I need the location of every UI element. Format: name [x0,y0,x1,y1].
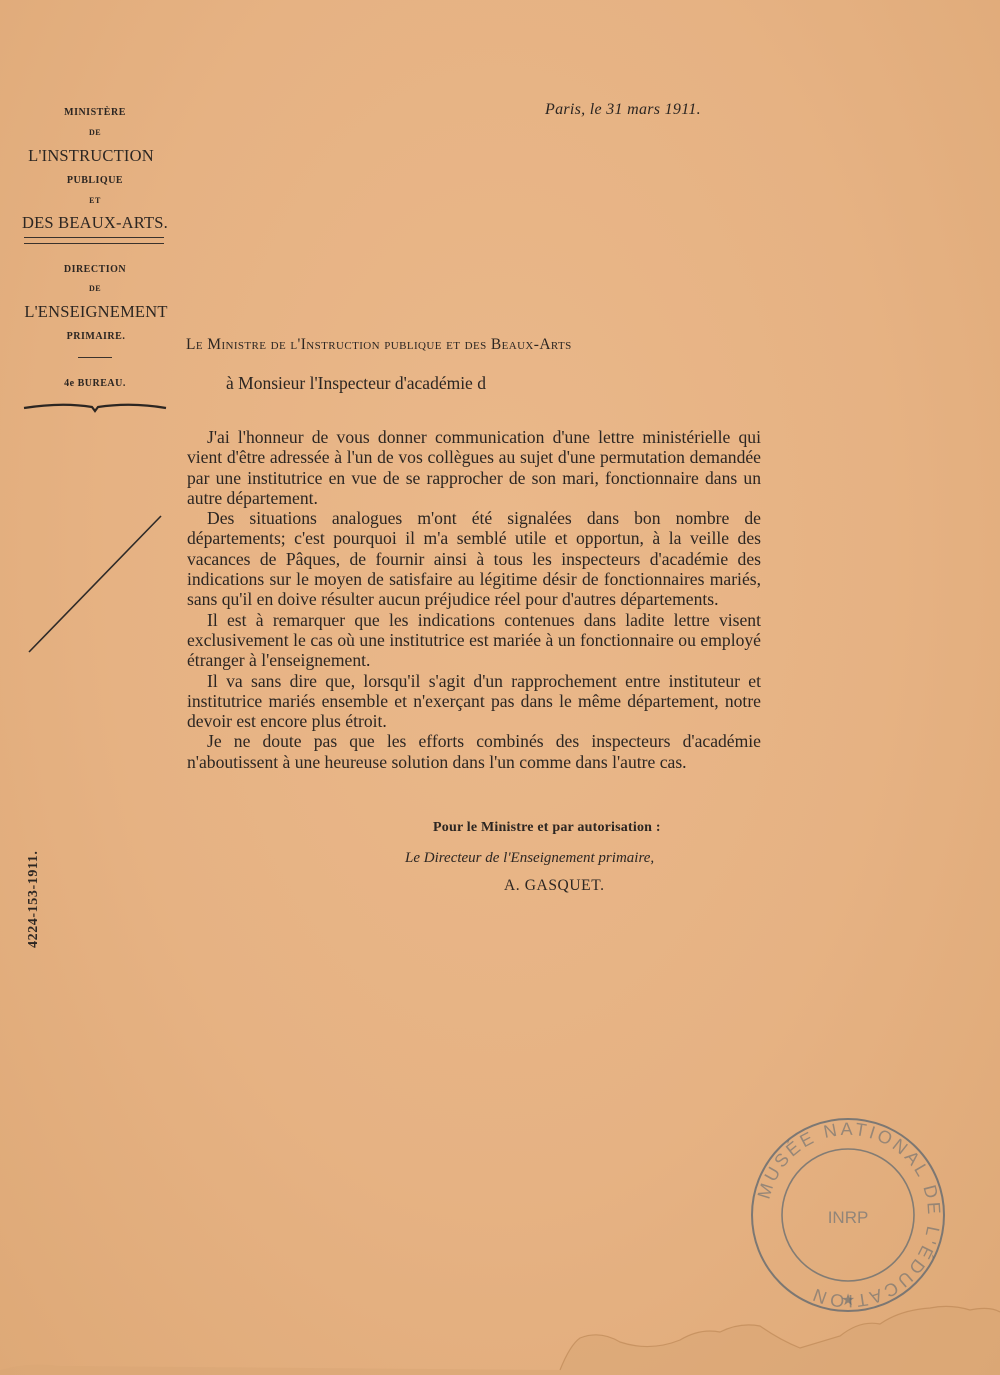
direction-de: DE [0,284,190,293]
stamp-center-text: INRP [828,1208,869,1227]
signature-authorization: Pour le Ministre et par autorisation : [433,820,661,836]
sender-heading: Le Ministre de l'Instruction publique et… [186,336,572,354]
paragraph: Je ne doute pas que les efforts combinés… [187,731,761,772]
water-stain [0,1300,1000,1375]
pen-stroke-mark [25,512,165,657]
paragraph: J'ai l'honneur de vous donner communicat… [187,427,761,508]
paragraph: Il est à remarquer que les indications c… [187,610,761,671]
letter-body: J'ai l'honneur de vous donner communicat… [187,427,761,772]
letter-date: Paris, le 31 mars 1911. [545,101,701,119]
direction-enseignement: L'ENSEIGNEMENT [0,302,192,322]
museum-stamp: MUSÉE NATIONAL DE L'ÉDUCATION INRP ★ [748,1115,948,1315]
ornamental-swash [22,400,168,414]
signature-title: Le Directeur de l'Enseignement primaire, [405,850,654,867]
paragraph: Des situations analogues m'ont été signa… [187,508,761,609]
stamp-icon: MUSÉE NATIONAL DE L'ÉDUCATION INRP ★ [748,1115,948,1315]
direction-label: DIRECTION [0,264,190,275]
short-rule-divider [78,357,112,358]
bureau-label: 4e BUREAU. [0,378,190,389]
signature-name: A. GASQUET. [504,877,605,895]
recipient-line: à Monsieur l'Inspecteur d'académie d [226,373,486,394]
direction-primaire: PRIMAIRE. [0,331,192,342]
print-reference: 4224-153-1911. [26,851,42,948]
paragraph: Il va sans dire que, lorsqu'il s'agit d'… [187,671,761,732]
